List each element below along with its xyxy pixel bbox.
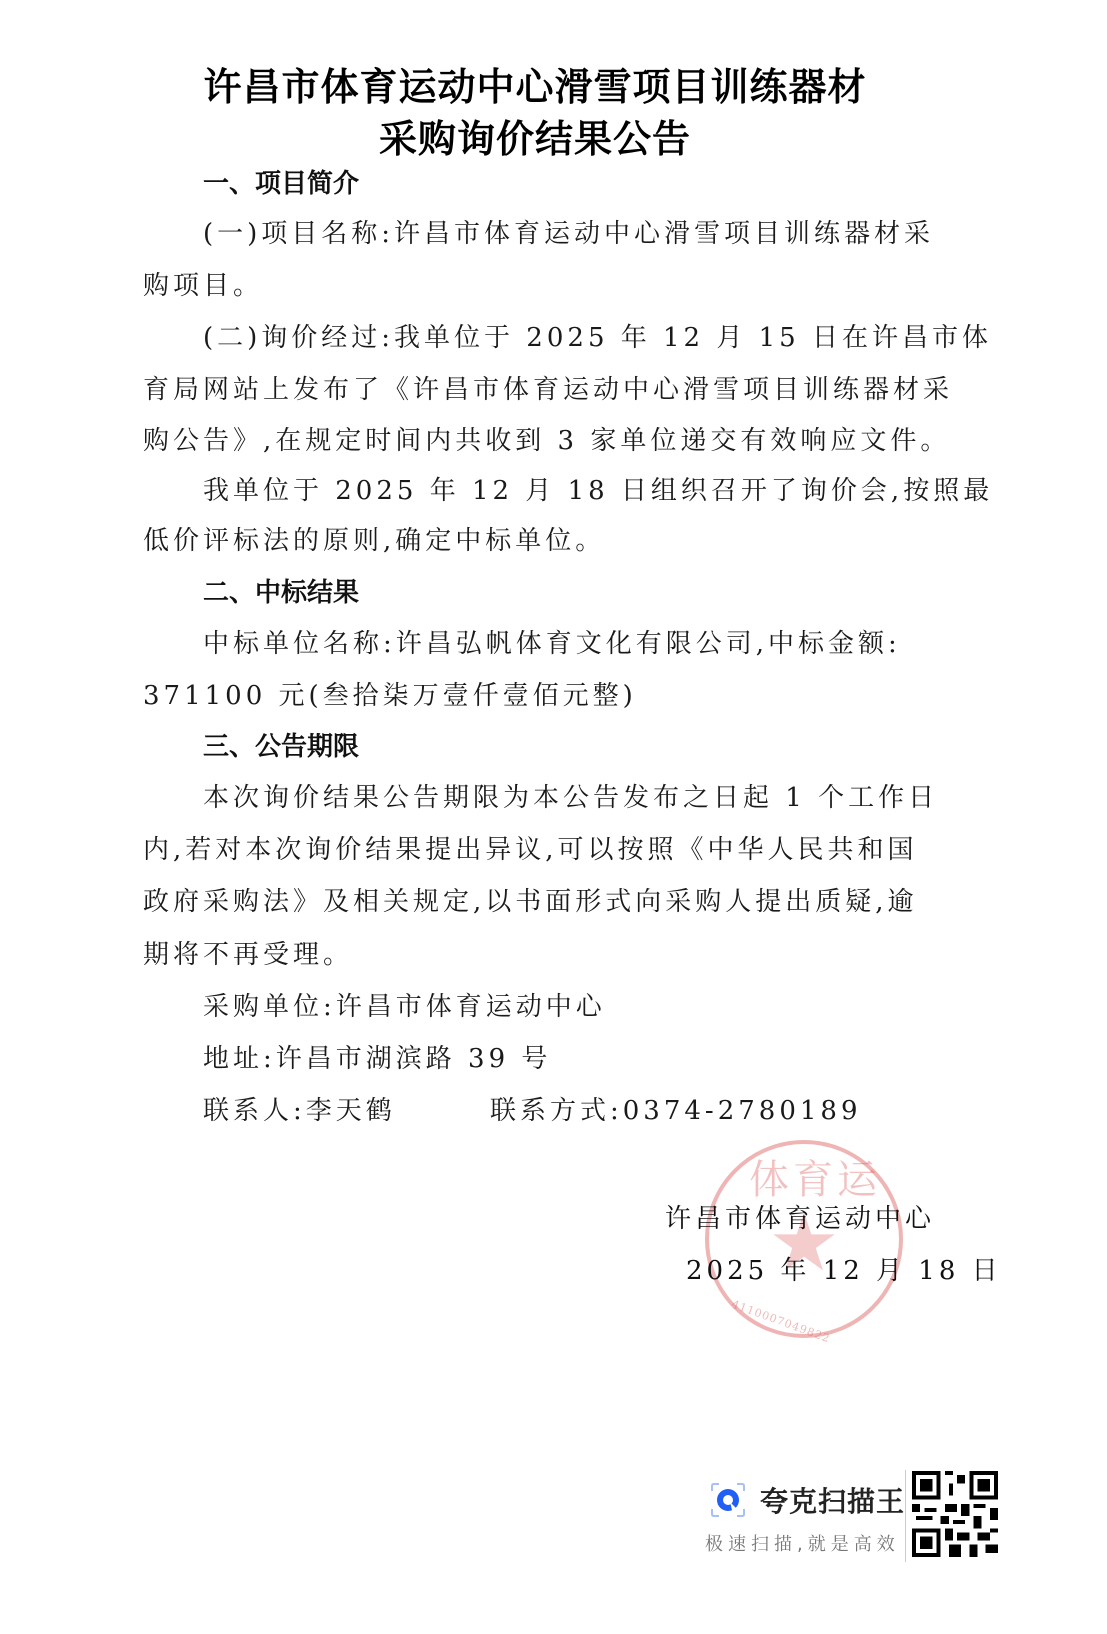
paragraph-line: (一)项目名称:许昌市体育运动中心滑雪项目训练器材采 <box>203 213 934 250</box>
quark-scanner-logo-icon <box>710 1482 746 1518</box>
official-seal-stamp: 体育运 ★ 4110007049822 <box>705 1140 903 1338</box>
divider <box>905 1470 906 1562</box>
paragraph-line: 低价评标法的原则,确定中标单位。 <box>143 520 605 557</box>
paragraph-line: 购项目。 <box>143 265 263 302</box>
scanner-watermark: 夸克扫描王 极速扫描,就是高效 <box>700 1470 1000 1600</box>
signature-date: 2025 年 12 月 18 日 <box>686 1250 1002 1287</box>
signature-org: 许昌市体育运动中心 <box>665 1198 935 1235</box>
section-heading-intro: 一、项目简介 <box>203 163 359 200</box>
brand-name: 夸克扫描王 <box>760 1480 905 1520</box>
brand-slogan: 极速扫描,就是高效 <box>705 1530 900 1556</box>
address-line: 地址:许昌市湖滨路 39 号 <box>203 1038 551 1075</box>
paragraph-line: 期将不再受理。 <box>143 934 353 971</box>
paragraph-line: 政府采购法》及相关规定,以书面形式向采购人提出质疑,逾 <box>143 881 918 918</box>
paragraph-line: 购公告》,在规定时间内共收到 3 家单位递交有效响应文件。 <box>143 420 950 457</box>
stamp-number: 4110007049822 <box>730 1298 832 1346</box>
paragraph-line: 育局网站上发布了《许昌市体育运动中心滑雪项目训练器材采 <box>143 369 953 406</box>
qr-code-icon <box>912 1470 998 1558</box>
section-heading-result: 二、中标结果 <box>203 572 359 609</box>
paragraph-line: 内,若对本次询价结果提出异议,可以按照《中华人民共和国 <box>143 829 918 866</box>
paragraph-line: (二)询价经过:我单位于 2025 年 12 月 15 日在许昌市体 <box>203 317 992 354</box>
paragraph-line: 本次询价结果公告期限为本公告发布之日起 1 个工作日 <box>203 777 938 814</box>
section-heading-period: 三、公告期限 <box>203 726 359 763</box>
contact-person: 联系人:李天鹤 <box>203 1090 396 1127</box>
document-title-line2: 采购询价结果公告 <box>0 108 1070 163</box>
winning-amount: 371100 元(叁拾柒万壹仟壹佰元整) <box>143 675 637 712</box>
contact-phone: 联系方式:0374-2780189 <box>490 1090 862 1127</box>
document-title-line1: 许昌市体育运动中心滑雪项目训练器材 <box>0 56 1070 111</box>
purchaser-line: 采购单位:许昌市体育运动中心 <box>203 986 606 1023</box>
paragraph-line: 中标单位名称:许昌弘帆体育文化有限公司,中标金额: <box>203 623 901 660</box>
paragraph-line: 我单位于 2025 年 12 月 18 日组织召开了询价会,按照最 <box>203 470 993 507</box>
